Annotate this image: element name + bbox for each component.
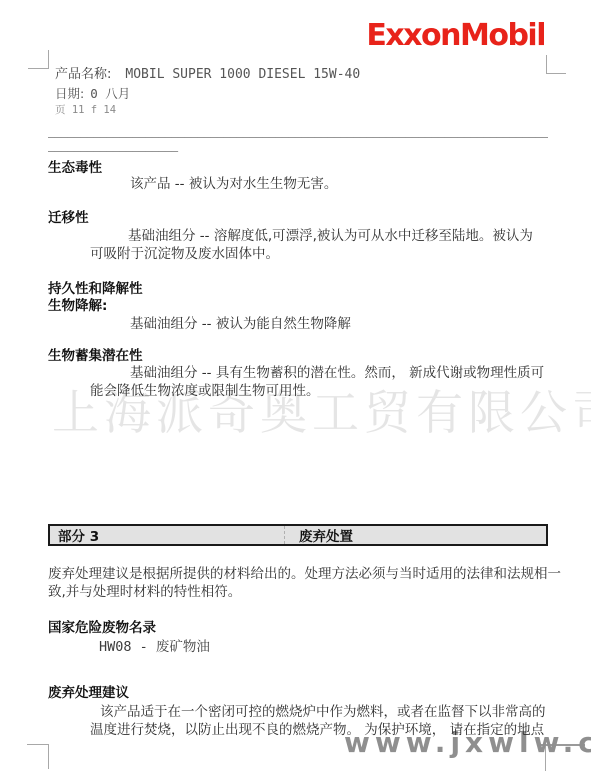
crop-mark-bottom-left (48, 744, 49, 769)
date-line: 日期:0 八月 (55, 84, 130, 102)
disposal-intro-line2: 致,并与处理时材料的特性相符。 (48, 580, 241, 600)
bioaccumulation-line1: 基础油组分 -- 具有生物蓄积的潜在性。然而， 新成代谢或物理性质可 (130, 361, 544, 381)
disposal-advice-line2: 温度进行焚烧，以防止出现不良的燃烧产物。 为保护环境， 请在指定的地点 (90, 718, 544, 738)
bioaccumulation-line2: 能会降低生物浓度或限制生物可用性。 (90, 379, 320, 399)
divider-line: ________________________________________… (48, 124, 548, 139)
date-label: 日期: (55, 86, 84, 101)
crop-mark-top-right (546, 73, 566, 74)
exxonmobil-logo: ExxonMobil (366, 18, 545, 53)
product-name-line: 产品名称:MOBIL SUPER 1000 DIESEL 15W-40 (55, 63, 360, 82)
page-number: 页 11 f 14 (55, 102, 116, 117)
heading-bioaccumulation: 生物蓄集潜在性 (48, 344, 143, 364)
heading-national-waste-list: 国家危险废物名录 (48, 616, 156, 636)
mobility-line2: 可吸附于沉淀物及废水固体中。 (90, 242, 279, 262)
product-name-label: 产品名称: (55, 67, 111, 82)
product-name-value: MOBIL SUPER 1000 DIESEL 15W-40 (125, 67, 360, 82)
heading-disposal-advice: 废弃处理建议 (48, 681, 129, 701)
divider-line: ____________________ (48, 138, 179, 153)
crop-mark-top-left (48, 50, 49, 69)
ecotoxicity-body: 该产品 -- 被认为对水生生物无害。 (130, 172, 337, 192)
section-number-cell: 部分 3 (50, 526, 285, 544)
section-title-cell: 废弃处置 (285, 525, 353, 545)
msds-document-page: ExxonMobil 产品名称:MOBIL SUPER 1000 DIESEL … (0, 0, 591, 777)
subheading-biodegradation: 生物降解: (48, 294, 107, 314)
crop-mark-bottom-left (27, 744, 48, 745)
disposal-advice-line1: 该产品适于在一个密闭可控的燃烧炉中作为燃料，或者在监督下以非常高的 (100, 700, 546, 720)
date-value: 0 八月 (90, 86, 130, 101)
heading-mobility: 迁移性 (48, 206, 89, 226)
persistence-body: 基础油组分 -- 被认为能自然生物降解 (130, 312, 351, 332)
section-header-table: 部分 3 废弃处置 (48, 524, 548, 546)
disposal-intro-line1: 废弃处理建议是根据所提供的材料给出的。处理方法必须与当时适用的法律和法规相一 (48, 562, 561, 582)
crop-mark-top-left (28, 68, 48, 69)
crop-mark-top-right (546, 55, 547, 74)
national-waste-item: HW08 - 废矿物油 (99, 635, 210, 655)
mobility-line1: 基础油组分 -- 溶解度低,可漂浮,被认为可从水中迁移至陆地。被认为 (128, 224, 533, 244)
heading-ecotoxicity: 生态毒性 (48, 156, 102, 176)
